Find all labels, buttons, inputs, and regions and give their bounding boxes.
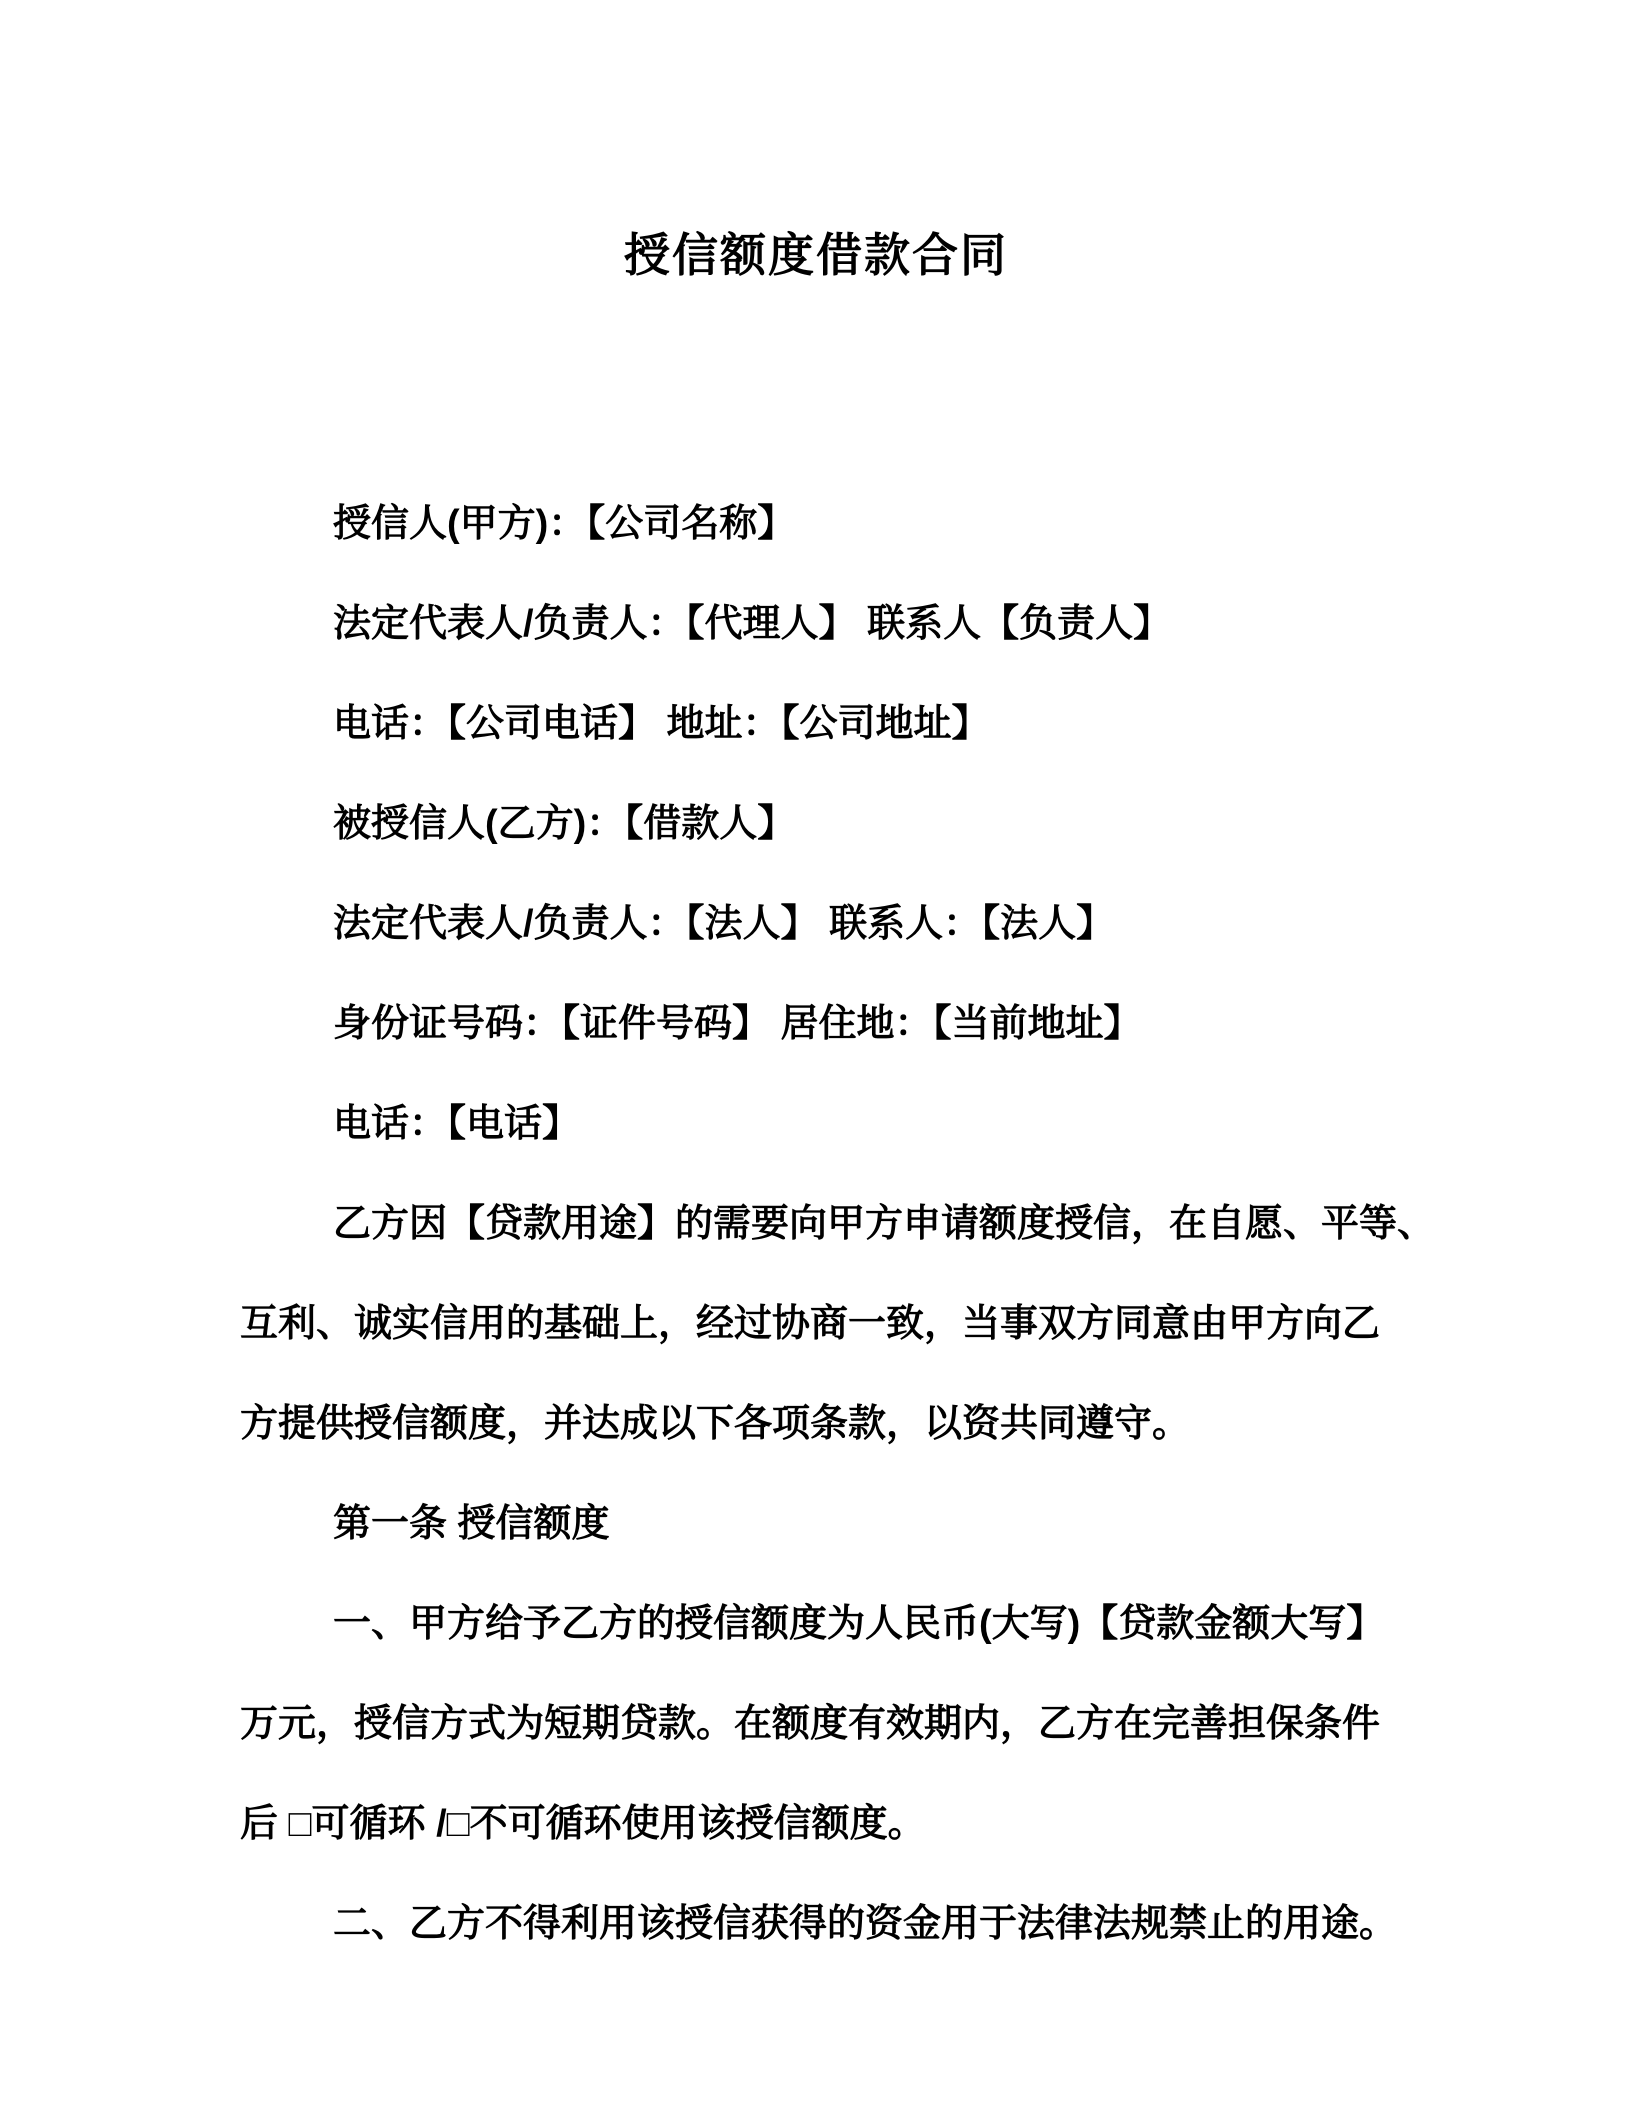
field-borrower-party-b: 被授信人(乙方)：【借款人】 <box>240 774 1550 874</box>
clause-2-usage-restriction: 二、乙方不得利用该授信获得的资金用于法律法规禁止的用途。 <box>240 1874 1550 1974</box>
field-creditor-phone-address: 电话：【公司电话】 地址：【公司地址】 <box>240 674 1550 774</box>
clause-1-credit-line: 一、甲方给予乙方的授信额度为人民币(大写)【贷款金额大写】 万元，授信方式为短期… <box>240 1574 1550 1874</box>
field-borrower-id-residence: 身份证号码：【证件号码】 居住地：【当前地址】 <box>240 974 1550 1074</box>
intro-paragraph: 乙方因【贷款用途】的需要向甲方申请额度授信，在自愿、平等、 互利、诚实信用的基础… <box>240 1174 1550 1474</box>
document-title: 授信额度借款合同 <box>0 0 1632 283</box>
field-borrower-phone: 电话：【电话】 <box>240 1074 1550 1174</box>
field-creditor-legal-representative: 法定代表人/负责人：【代理人】 联系人【负责人】 <box>240 574 1550 674</box>
contract-page: 授信额度借款合同 授信人(甲方)：【公司名称】 法定代表人/负责人：【代理人】 … <box>0 0 1632 2112</box>
section-1-heading: 第一条 授信额度 <box>240 1474 1550 1574</box>
contract-body: 授信人(甲方)：【公司名称】 法定代表人/负责人：【代理人】 联系人【负责人】 … <box>240 474 1550 1974</box>
field-borrower-legal-representative: 法定代表人/负责人：【法人】 联系人：【法人】 <box>240 874 1550 974</box>
field-creditor-party-a: 授信人(甲方)：【公司名称】 <box>240 474 1550 574</box>
